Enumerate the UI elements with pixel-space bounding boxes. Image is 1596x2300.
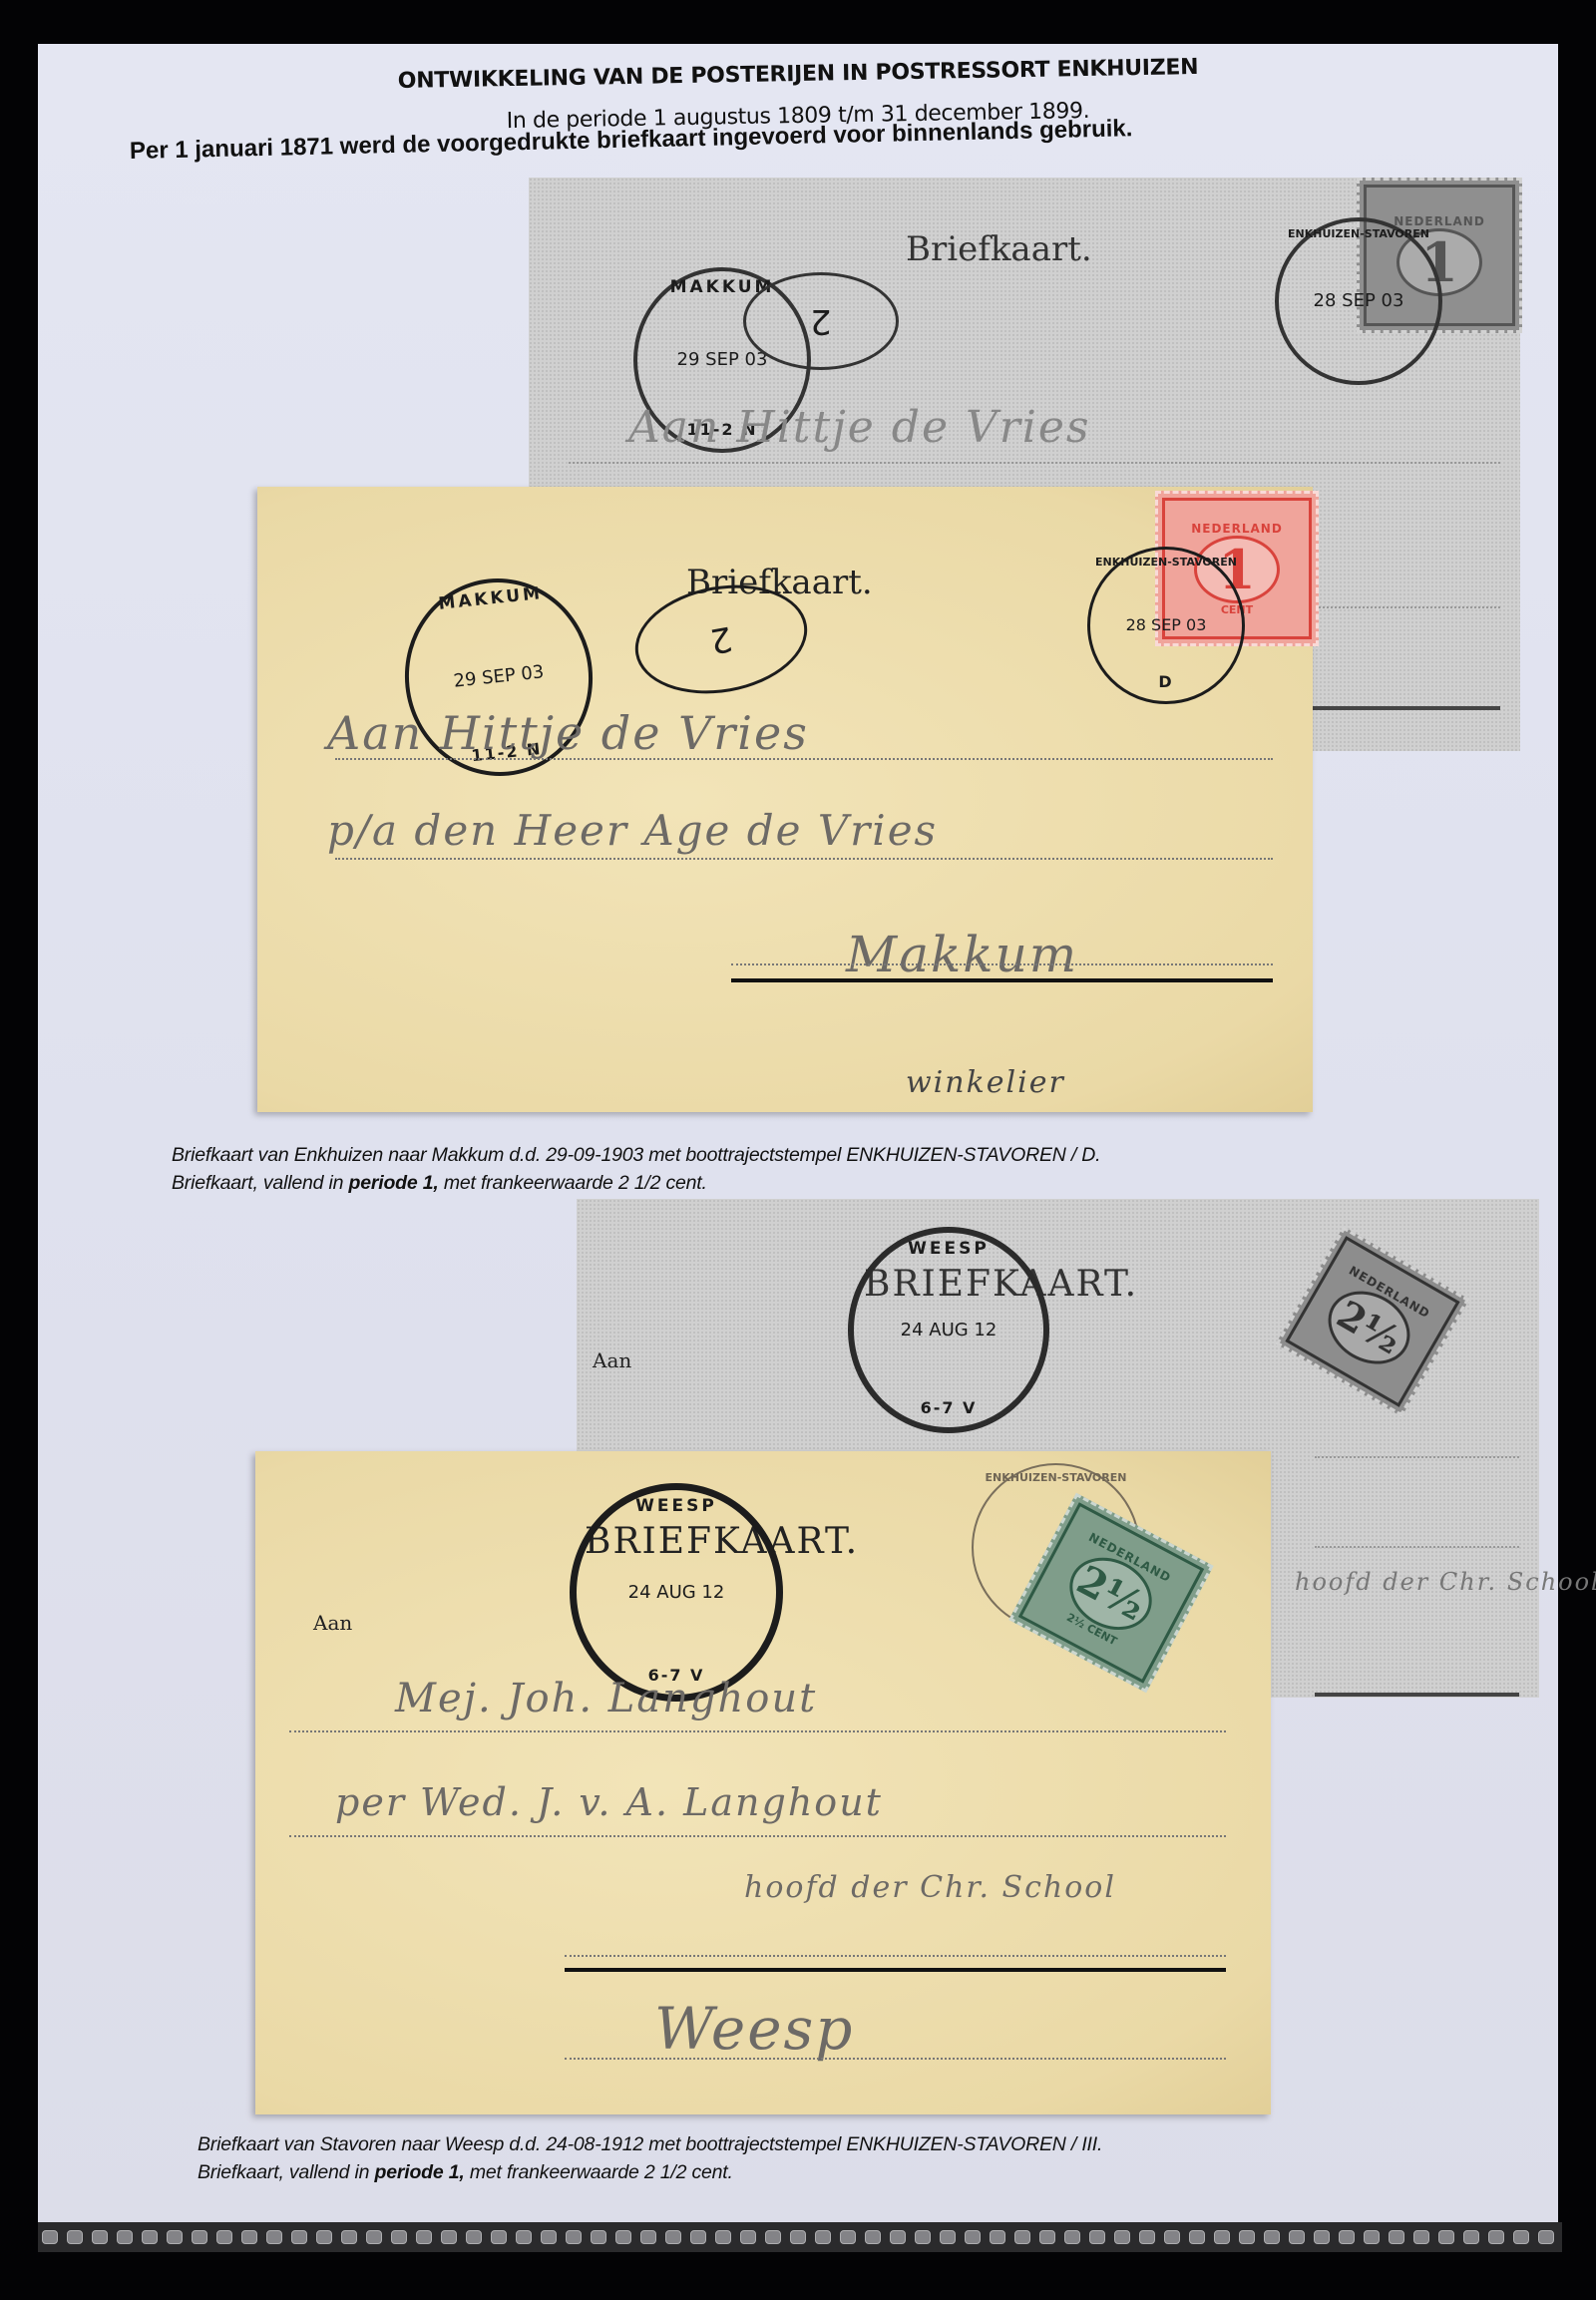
binder-hole [1014,2230,1030,2244]
binder-hole [715,2230,731,2244]
address-city: Makkum [846,926,1078,983]
binder-hole [740,2230,756,2244]
binder-hole [591,2230,606,2244]
address-dotted-line [565,2058,1226,2060]
address-city: Weesp [654,1995,854,2063]
photocopy-weesp-postmark: WEESP 24 AUG 12 6-7 V [848,1227,1049,1433]
binder-hole [1039,2230,1055,2244]
binder-hole [42,2230,58,2244]
binder-hole [765,2230,781,2244]
binder-hole [566,2230,582,2244]
binder-hole [541,2230,557,2244]
photocopy-aan-label: Aan [593,1348,631,1372]
binder-hole [940,2230,956,2244]
binder-hole [441,2230,457,2244]
address-rule [731,978,1273,982]
binder-hole [1239,2230,1255,2244]
binder-hole [516,2230,532,2244]
address-dotted-line [289,1730,1226,1732]
postcard-2: Aan BRIEFKAART. WEESP 24 AUG 12 6-7 V EN… [255,1451,1271,2114]
binder-hole [117,2230,133,2244]
binder-strip [38,2222,1562,2252]
binder-hole [1513,2230,1529,2244]
binder-hole [990,2230,1005,2244]
binder-hole [665,2230,681,2244]
binder-hole [466,2230,482,2244]
address-dotted-line [335,758,1273,760]
binder-hole [366,2230,382,2244]
binder-hole [1364,2230,1380,2244]
weesp-postmark: WEESP 24 AUG 12 6-7 V [570,1483,783,1702]
binder-hole [266,2230,282,2244]
caption-1: Briefkaart van Enkhuizen naar Makkum d.d… [172,1141,1100,1197]
binder-hole [1089,2230,1105,2244]
photocopy-enkhuizen-postmark: ENKHUIZEN-STAVOREN 28 SEP 03 [1275,217,1442,385]
caption-2: Briefkaart van Stavoren naar Weesp d.d. … [198,2130,1102,2186]
photocopy-handwriting: hoofd der Chr. School [1295,1568,1596,1596]
binder-hole [167,2230,183,2244]
binder-hole [192,2230,207,2244]
address-occupation: winkelier [906,1065,1065,1100]
binder-hole [1264,2230,1280,2244]
binder-hole [915,2230,931,2244]
binder-hole [815,2230,831,2244]
binder-hole [1314,2230,1330,2244]
postcard-1: Briefkaart. MAKKUM 29 SEP 03 11-2 N 2 NE… [257,487,1313,1112]
address-dotted-line [335,858,1273,860]
address-rule [565,1968,1226,1972]
binder-hole [615,2230,631,2244]
binder-hole [1438,2230,1454,2244]
address-line-2: p/a den Heer Age de Vries [327,806,938,855]
address-line-1: Aan Hittje de Vries [327,706,809,760]
photocopy-oval-mark: 2 [743,272,899,370]
address-dotted-line [565,1955,1226,1957]
binder-hole [142,2230,158,2244]
photocopy-address-line [1315,1546,1519,1548]
binder-hole [316,2230,332,2244]
aan-label: Aan [313,1611,352,1635]
binder-hole [840,2230,856,2244]
binder-hole [890,2230,906,2244]
address-line-1: Mej. Joh. Langhout [395,1676,817,1722]
address-line-3: hoofd der Chr. School [744,1870,1116,1905]
binder-hole [1339,2230,1355,2244]
photocopy-title: Briefkaart. [906,229,1092,269]
binder-hole [1164,2230,1180,2244]
binder-hole [790,2230,806,2244]
binder-hole [416,2230,432,2244]
binder-hole [1289,2230,1305,2244]
binder-hole [1189,2230,1205,2244]
binder-hole [67,2230,83,2244]
enkhuizen-stavoren-postmark: ENKHUIZEN-STAVOREN 28 SEP 03 D [1087,547,1245,704]
binder-hole [1463,2230,1479,2244]
binder-hole [1064,2230,1080,2244]
binder-hole [1538,2230,1554,2244]
binder-hole [1413,2230,1429,2244]
binder-hole [92,2230,108,2244]
address-dotted-line [289,1835,1226,1837]
photocopy-stamp: NEDERLAND 2½ [1276,1227,1469,1417]
binder-hole [1139,2230,1155,2244]
binder-hole [216,2230,232,2244]
binder-hole [690,2230,706,2244]
binder-hole [1114,2230,1130,2244]
binder-hole [1214,2230,1230,2244]
binder-hole [865,2230,881,2244]
address-dotted-line [731,963,1273,965]
binder-hole [391,2230,407,2244]
binder-hole [491,2230,507,2244]
binder-hole [291,2230,307,2244]
binder-hole [640,2230,656,2244]
binder-hole [1488,2230,1504,2244]
photocopy-handwriting: Aan Hittje de Vries [628,402,1091,453]
photocopy-address-rule [1315,1693,1519,1697]
binder-hole [965,2230,981,2244]
binder-hole [1389,2230,1404,2244]
photocopy-address-line [1315,1456,1519,1458]
binder-hole [341,2230,357,2244]
binder-hole [241,2230,257,2244]
address-line-2: per Wed. J. v. A. Langhout [335,1780,883,1824]
photocopy-address-line [569,462,1500,464]
